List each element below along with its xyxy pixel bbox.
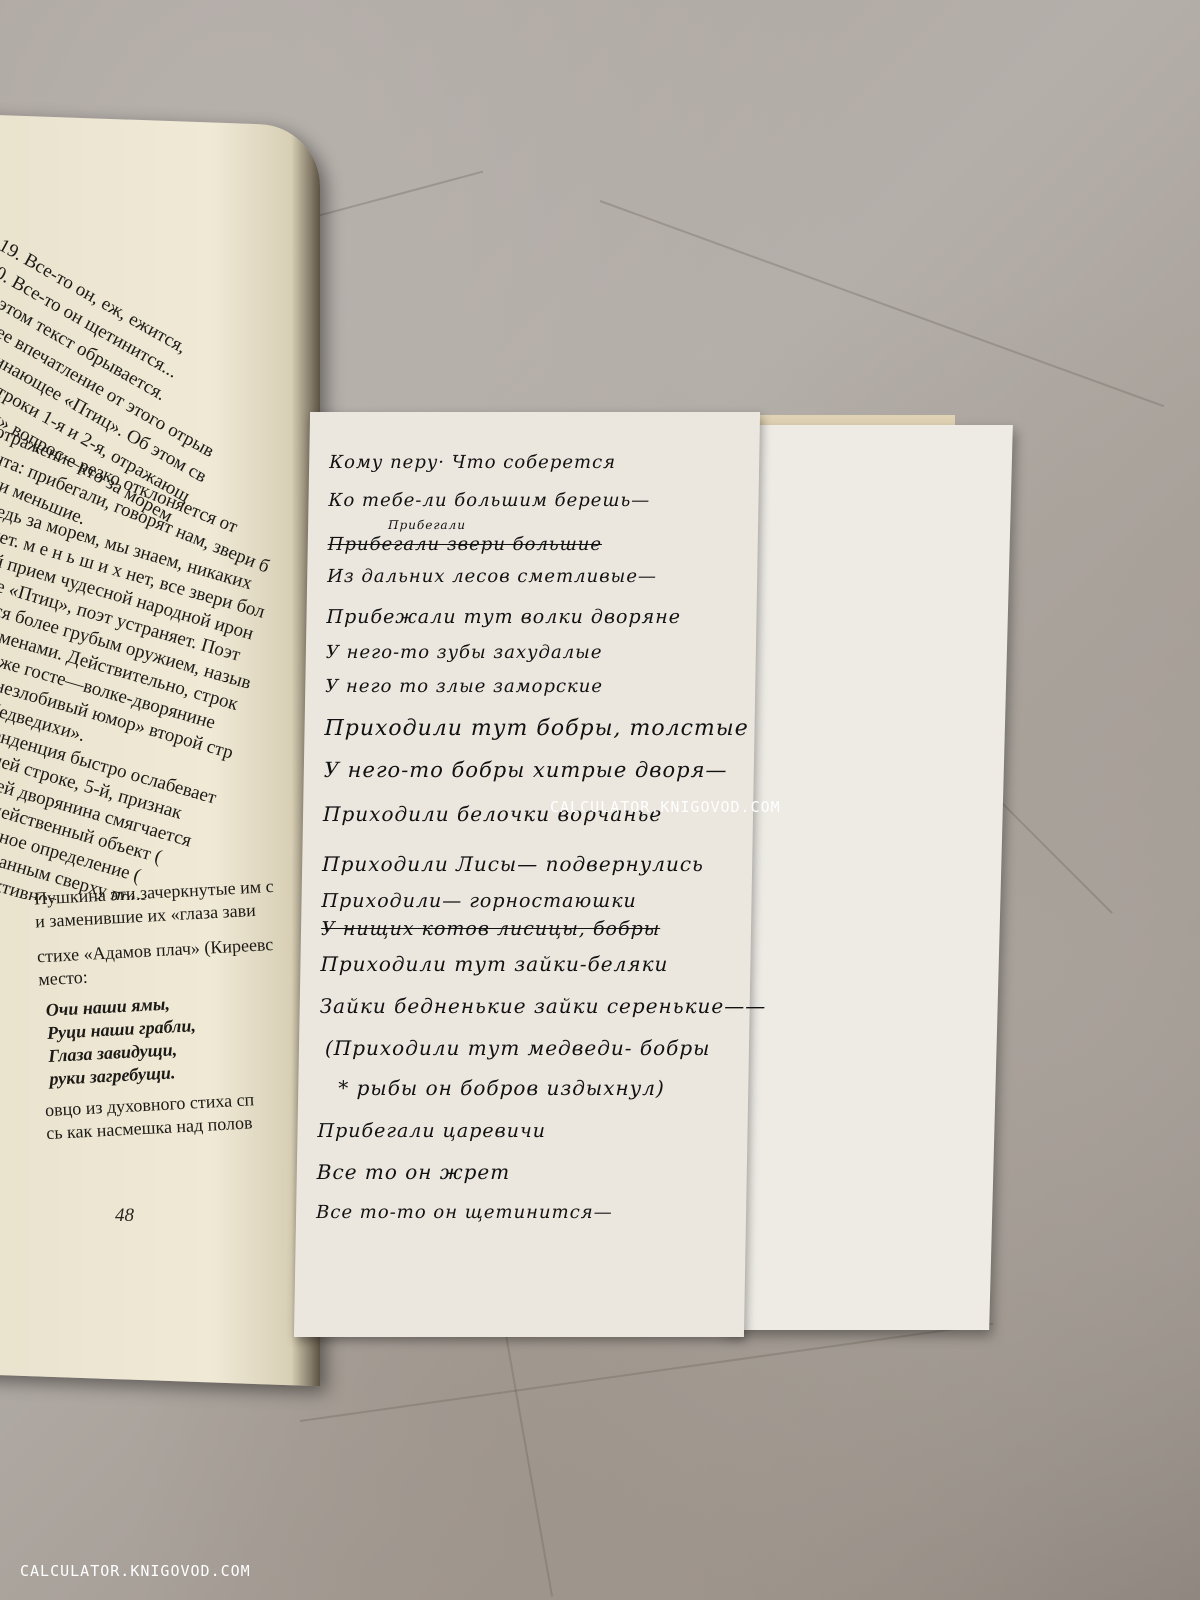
printed-text-body: едь за морем, мы знаем, никаких нет. м е… <box>0 500 310 900</box>
page-number: 48 <box>115 1205 134 1227</box>
manuscript-line: Прибегали звери большие <box>328 534 603 555</box>
manuscript-line: У него-то зубы захудалые <box>326 642 603 663</box>
manuscript-facsimile-insert: Кому перу· Что соберется Ко тебе-ли боль… <box>294 412 760 1337</box>
manuscript-line: Приходили тут зайки-беляки <box>320 952 668 976</box>
manuscript-line: Прибегали царевичи <box>317 1120 546 1142</box>
watermark-bottom: CALCULATOR.KNIGOVOD.COM <box>20 1562 251 1580</box>
manuscript-line: У него то злые заморские <box>325 676 603 697</box>
watermark-center: CALCULATOR.KNIGOVOD.COM <box>550 798 781 816</box>
manuscript-line: У нищих котов лисицы, бобры <box>321 918 661 940</box>
manuscript-line: Из дальних лесов сметливые— <box>327 566 657 587</box>
manuscript-line: У него-то бобры хитрые дворя— <box>324 758 728 782</box>
printed-text-lower: Пушкина эти зачеркнутые им с и заменивши… <box>33 873 326 1145</box>
manuscript-line: Ко тебе-ли большим берешь— <box>328 490 650 511</box>
manuscript-line: Прибегали <box>388 518 466 532</box>
manuscript-line: Все то он жрет <box>317 1160 511 1184</box>
manuscript-line: Все то-то он щетинится— <box>316 1202 613 1223</box>
manuscript-line: Кому перу· Что соберется <box>329 452 616 473</box>
manuscript-line: Прибежали тут волки дворяне <box>326 606 681 628</box>
manuscript-line: Приходили тут бобры, толстые <box>324 716 749 741</box>
manuscript-line: Зайки бедненькие зайки серенькие—— <box>319 994 766 1018</box>
handwritten-manuscript: Кому перу· Что соберется Ко тебе-ли боль… <box>294 412 760 1337</box>
manuscript-line: Приходили— горностаюшки <box>321 890 637 912</box>
manuscript-line: * рыбы он бобров издыхнул) <box>338 1076 665 1100</box>
foldout-blank-panel <box>723 425 1013 1330</box>
manuscript-line: Приходили Лисы— подвернулись <box>322 852 704 876</box>
manuscript-line: (Приходили тут медведи- бобры <box>325 1036 711 1060</box>
